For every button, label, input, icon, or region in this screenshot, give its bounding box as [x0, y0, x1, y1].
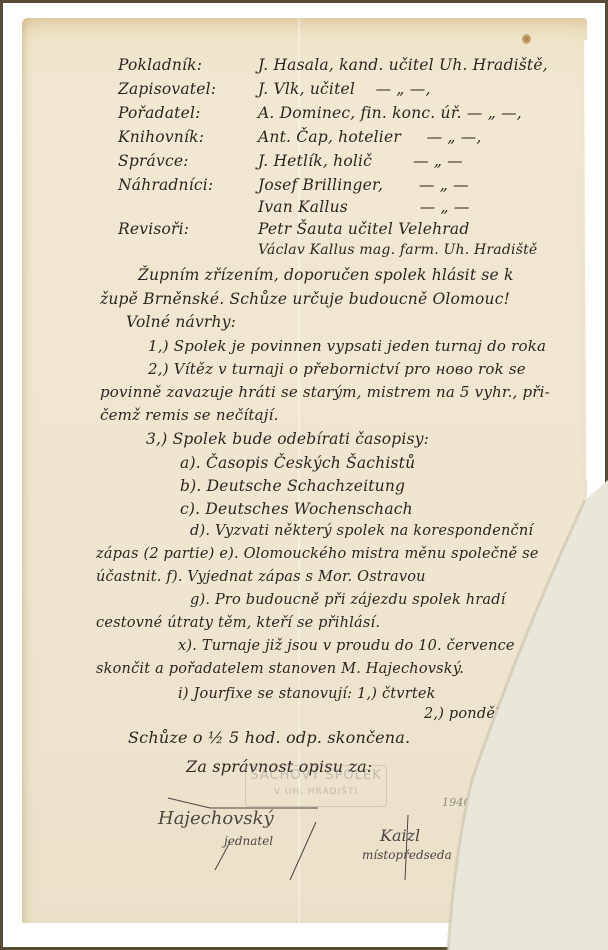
- journal-item: c). Deutsches Wochenschach: [180, 500, 413, 518]
- journal-item: b). Deutsche Schachzeitung: [180, 477, 405, 495]
- signature-title: jednatel: [224, 834, 273, 848]
- closing-line: Schůze o ½ 5 hod. odp. skončena.: [128, 728, 410, 747]
- society-stamp: ŠACHOVÝ SPOLEK V UH. HRADIŠTI: [245, 765, 387, 807]
- officer-row: Ivan Kallus — „ —: [118, 198, 470, 216]
- officer-row: Pokladník:J. Hasala, kand. učitel Uh. Hr…: [118, 56, 548, 74]
- proposal-line: čemž remis se nečítají.: [100, 406, 279, 424]
- officer-row: Knihovník:Ant. Čap, hotelier — „ —,: [118, 128, 482, 146]
- officer-row: Pořadatel:A. Dominec, fin. konc. úř. — „…: [118, 104, 522, 122]
- item-line: g). Pro budoucně při zájezdu spolek hrad…: [190, 592, 506, 608]
- item-line: d). Vyzvati některý spolek na koresponde…: [190, 523, 533, 539]
- signature-secretary: Hajechovský: [158, 808, 274, 829]
- punch-hole: [522, 34, 531, 44]
- pencil-note: 1940: [442, 796, 471, 809]
- text-line: Župním zřízením, doporučen spolek hlásit…: [138, 266, 514, 284]
- text-line: župě Brněnské. Schůze určuje budoucně Ol…: [100, 290, 510, 308]
- item-line: i) Jourfixe se stanovují: 1,) čtvrtek: [178, 686, 436, 702]
- proposal-line: 2,) Vítěz v turnaji o přebornictví pro н…: [148, 360, 526, 378]
- item-line: zápas (2 partie) e). Olomouckého mistra …: [96, 546, 539, 562]
- officer-row: Zapisovatel:J. Vlk, učitel — „ —,: [118, 80, 431, 98]
- proposal-line: 3,) Spolek bude odebírati časopisy:: [146, 430, 429, 448]
- item-line: x). Turnaje již jsou v proudu do 10. čer…: [178, 638, 515, 654]
- officer-row: Revisoři:Petr Šauta učitel Velehrad: [118, 220, 469, 238]
- proposal-line: 1,) Spolek je povinnen vypsati jeden tur…: [148, 337, 546, 355]
- item-line: 2,) pondělí.: [424, 706, 510, 722]
- signature-title: místopředseda: [362, 848, 452, 862]
- item-line: cestovné útraty těm, kteří se přihlásí.: [96, 615, 380, 631]
- journal-item: a). Časopis Českých Šachistů: [180, 454, 415, 472]
- item-line: účastnit. f). Vyjednat zápas s Mor. Ostr…: [96, 569, 426, 585]
- officer-row: Správce:J. Hetlík, holič — „ —: [118, 152, 463, 170]
- officer-row: Náhradníci:Josef Brillinger, — „ —: [118, 176, 469, 194]
- proposal-line: povinně zavazuje hráti se starým, mistre…: [100, 383, 550, 401]
- officer-row: Václav Kallus mag. farm. Uh. Hradiště: [118, 242, 537, 258]
- section-heading: Volné návrhy:: [126, 313, 236, 331]
- signature-vice-chair: Kaizl: [380, 826, 420, 845]
- item-line: skončit a pořadatelem stanoven M. Hajech…: [96, 661, 464, 677]
